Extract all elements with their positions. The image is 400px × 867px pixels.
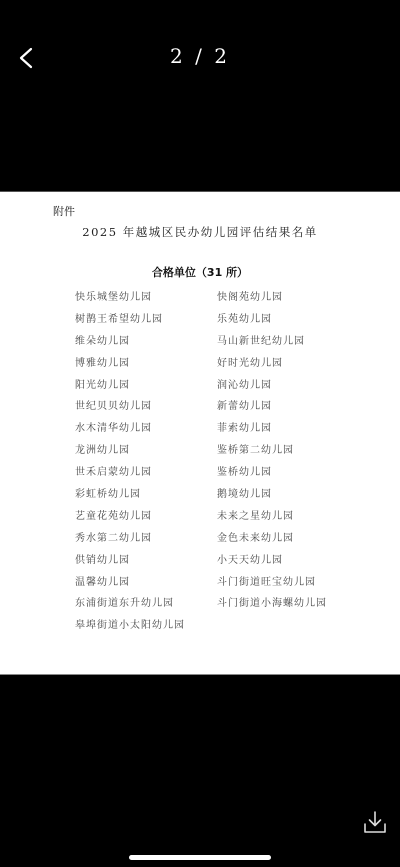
list-item: 秀水第二幼儿园 — [75, 528, 185, 550]
list-item: 新蕾幼儿园 — [217, 396, 327, 418]
list-item: 好时光幼儿园 — [217, 353, 327, 375]
list-item: 艺童花苑幼儿园 — [75, 506, 185, 528]
list-item: 润沁幼儿园 — [217, 375, 327, 397]
list-item: 鉴桥幼儿园 — [217, 462, 327, 484]
list-item: 博雅幼儿园 — [75, 353, 185, 375]
list-item: 水木清华幼儿园 — [75, 418, 185, 440]
list-item: 马山新世纪幼儿园 — [217, 331, 327, 353]
list-item: 世禾启蒙幼儿园 — [75, 462, 185, 484]
kindergarten-list-right: 快阁苑幼儿园 乐苑幼儿园 马山新世纪幼儿园 好时光幼儿园 润沁幼儿园 新蕾幼儿园… — [217, 287, 327, 615]
list-item: 鉴桥第二幼儿园 — [217, 440, 327, 462]
list-item: 皋埠街道小太阳幼儿园 — [75, 615, 185, 637]
document-page: 附件 2025 年越城区民办幼儿园评估结果名单 合格单位（31 所） 快乐城堡幼… — [0, 191, 400, 675]
list-item: 温馨幼儿园 — [75, 572, 185, 594]
kindergarten-list-left: 快乐城堡幼儿园 树鹊王希望幼儿园 维朵幼儿园 博雅幼儿园 阳光幼儿园 世纪贝贝幼… — [75, 287, 185, 637]
list-item: 快乐城堡幼儿园 — [75, 287, 185, 309]
list-item: 维朵幼儿园 — [75, 331, 185, 353]
list-item: 世纪贝贝幼儿园 — [75, 396, 185, 418]
viewer-top-bar: 2 / 2 — [0, 0, 400, 120]
download-button[interactable] — [360, 808, 390, 838]
list-item: 鹅境幼儿园 — [217, 484, 327, 506]
section-heading: 合格单位（31 所） — [0, 264, 400, 280]
list-item: 彩虹桥幼儿园 — [75, 484, 185, 506]
list-item: 快阁苑幼儿园 — [217, 287, 327, 309]
list-item: 阳光幼儿园 — [75, 375, 185, 397]
list-item: 金色未来幼儿园 — [217, 528, 327, 550]
list-item: 菲索幼儿园 — [217, 418, 327, 440]
list-item: 未来之星幼儿园 — [217, 506, 327, 528]
list-item: 乐苑幼儿园 — [217, 309, 327, 331]
attachment-label: 附件 — [53, 203, 75, 219]
list-item: 斗门街道旺宝幼儿园 — [217, 572, 327, 594]
page-counter: 2 / 2 — [0, 44, 400, 68]
list-item: 龙洲幼儿园 — [75, 440, 185, 462]
list-item: 树鹊王希望幼儿园 — [75, 309, 185, 331]
home-indicator[interactable] — [129, 855, 271, 860]
list-item: 东浦街道东升幼儿园 — [75, 593, 185, 615]
list-item: 供销幼儿园 — [75, 550, 185, 572]
list-item: 小天天幼儿园 — [217, 550, 327, 572]
list-item: 斗门街道小海螺幼儿园 — [217, 593, 327, 615]
download-icon — [360, 808, 390, 838]
document-title: 2025 年越城区民办幼儿园评估结果名单 — [0, 224, 400, 240]
